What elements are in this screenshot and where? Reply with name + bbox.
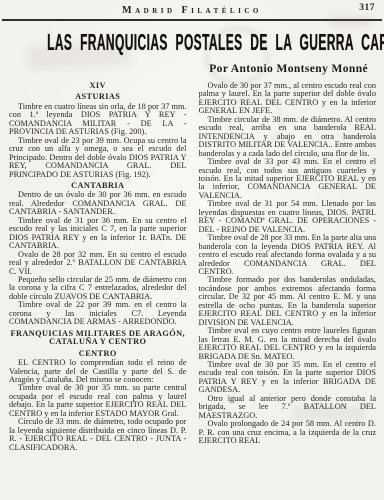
paragraph: Ovalo prolongado de 24 por 58 mm. Al cen…	[199, 420, 377, 445]
article-title-row: LAS FRANQUICIAS POSTALES DE LA GUERRA CA…	[0, 30, 384, 60]
paragraph: Timbre oval de 31 por 36 mm. En su centr…	[9, 217, 187, 251]
masthead: Madrid Filatélico 317	[0, 0, 384, 17]
scan-artifact	[330, 16, 370, 26]
article-title: LAS FRANQUICIAS POSTALES DE LA GUERRA CA…	[47, 30, 384, 56]
paragraph: Timbre oval de 23 por 39 mm. Ocupa su ce…	[9, 137, 187, 179]
paragraph: Otro igual al anterior pero donde consta…	[199, 395, 377, 420]
paragraph: Timbre oval de 28 por 33 mm. En la parte…	[199, 234, 377, 276]
paragraph: Dentro de un óvalo de 30 por 36 mm. en e…	[9, 191, 187, 216]
article-body: XIVASTURIASTimbre en cuatro líneas sin o…	[0, 75, 384, 452]
magazine-page: Madrid Filatélico 317 LAS FRANQUICIAS PO…	[0, 0, 384, 500]
journal-title: Madrid Filatélico	[0, 5, 384, 16]
paragraph: Ovalo de 30 por 37 mm., al centro escudo…	[199, 82, 377, 116]
section-heading: XIV	[9, 82, 187, 90]
paragraph: Pequeño sello circular de 25 mm. de diám…	[9, 276, 187, 301]
page-number: 317	[359, 3, 375, 13]
paragraph: Timbre oval de 30 por 35 mm. En el centr…	[199, 361, 377, 395]
section-heading: FRANQUICIAS MILITARES DE ARAGÓN, CATALUÑ…	[9, 330, 187, 347]
paragraph: Timbre en cuatro líneas sin orla, de 18 …	[9, 103, 187, 137]
paragraph: Timbre oval de 33 por 43 mm. En el centr…	[199, 158, 377, 200]
paragraph: Timbre circular de 38 mm. de diámetro. A…	[199, 116, 377, 158]
paragraph: Timbre oval en cuyo centro entre laurele…	[199, 327, 377, 361]
paragraph: Timbre oval de 22 por 39 mm. en el centr…	[9, 301, 187, 326]
column-right: Ovalo de 30 por 37 mm., al centro escudo…	[199, 82, 377, 452]
section-heading: ASTURIAS	[9, 93, 187, 101]
column-left: XIVASTURIASTimbre en cuatro líneas sin o…	[9, 82, 187, 452]
paragraph: Timbre formado por dos banderolas ondula…	[199, 276, 377, 327]
paragraph: Círculo de 33 mm. de diámetro, todo ocup…	[9, 418, 187, 452]
section-heading: CENTRO	[9, 350, 187, 358]
paragraph: Ovalo de 28 por 32 mm. En su centro el e…	[9, 251, 187, 276]
section-heading: CANTABRIA	[9, 182, 187, 190]
paragraph: Timbre oval de 31 por 54 mm. Llenado por…	[199, 200, 377, 234]
masthead-rule	[2, 19, 382, 21]
byline: Por Antonio Montseny Monné	[0, 63, 384, 75]
paragraph: EL CENTRO lo comprendían todo el reino d…	[9, 359, 187, 384]
paragraph: Timbre oval de 30 por 35 mm. su parte ce…	[9, 384, 187, 418]
